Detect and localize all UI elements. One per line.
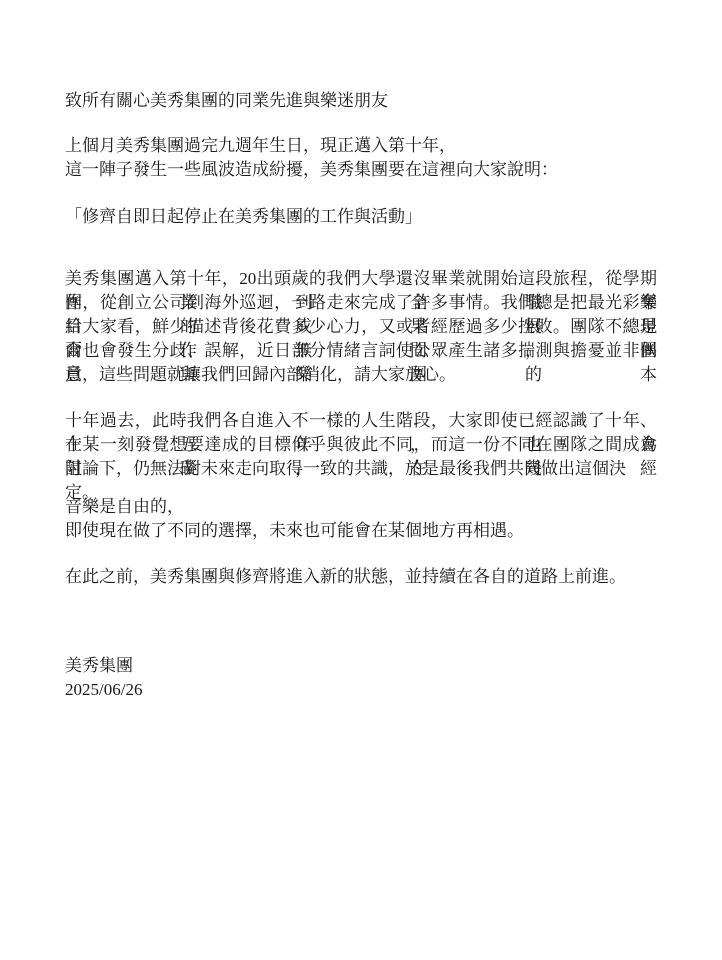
signature-date: 2025/06/26 bbox=[65, 678, 657, 702]
announcement-statement: 「修齊自即日起停止在美秀集團的工作與活動」 bbox=[65, 205, 657, 229]
text-line: 團，從創立公司到海外巡迴，一路走來完成了許多事情。我們總是把最光彩奪目的成果展現 bbox=[65, 291, 657, 315]
text-line: 即使現在做了不同的選擇，未來也可能會在某個地方再相遇。 bbox=[65, 519, 657, 543]
text-line: 給大家看，鮮少描述背後花費多少心力，又或者經歷過多少挫敗。團隊不總是合作無間，偶 bbox=[65, 315, 657, 339]
text-line: 音樂是自由的， bbox=[65, 495, 657, 519]
body-paragraph-2: 十年過去，此時我們各自進入不一樣的人生階段，大家即使已經認識了十年、十五年，也會… bbox=[65, 409, 657, 481]
text-line: 在某一刻發覺想要達成的目標似乎與彼此不同，而這一份不同在團隊之間成為阻礙，在幾經 bbox=[65, 433, 657, 457]
text-line: 十年過去，此時我們各自進入不一樣的人生階段，大家即使已經認識了十年、十五年，也會 bbox=[65, 409, 657, 433]
text-line: 美秀集團邁入第十年，20出頭歲的我們大學還沒畢業就開始這段旅程，從學期作業到全職… bbox=[65, 267, 657, 291]
closing-paragraph: 音樂是自由的，即使現在做了不同的選擇，未來也可能會在某個地方再相遇。 bbox=[65, 495, 657, 543]
salutation: 致所有關心美秀集團的同業先進與樂迷朋友 bbox=[65, 89, 657, 113]
text-line: 討論下，仍無法對未來走向取得一致的共識，於是最後我們共同做出這個決定。 bbox=[65, 457, 657, 481]
text-line: 這一陣子發生一些風波造成紛擾，美秀集團要在這裡向大家說明： bbox=[65, 158, 657, 182]
intro-paragraph: 上個月美秀集團過完九週年生日，現正邁入第十年，這一陣子發生一些風波造成紛擾，美秀… bbox=[65, 134, 657, 182]
text-line: 上個月美秀集團過完九週年生日，現正邁入第十年， bbox=[65, 134, 657, 158]
farewell-line: 在此之前，美秀集團與修齊將進入新的狀態，並持續在各自的道路上前進。 bbox=[65, 565, 657, 589]
body-paragraph-1: 美秀集團邁入第十年，20出頭歲的我們大學還沒畢業就開始這段旅程，從學期作業到全職… bbox=[65, 267, 657, 387]
signature-name: 美秀集團 bbox=[65, 654, 657, 678]
letter-page: 致所有關心美秀集團的同業先進與樂迷朋友 上個月美秀集團過完九週年生日，現正邁入第… bbox=[0, 0, 722, 960]
signature-block: 美秀集團 2025/06/26 bbox=[65, 654, 657, 702]
text-line: 爾也會發生分歧、誤解，近日部分情緒言詞使公眾產生諸多揣測與擔憂並非團員與樂團的本 bbox=[65, 339, 657, 363]
